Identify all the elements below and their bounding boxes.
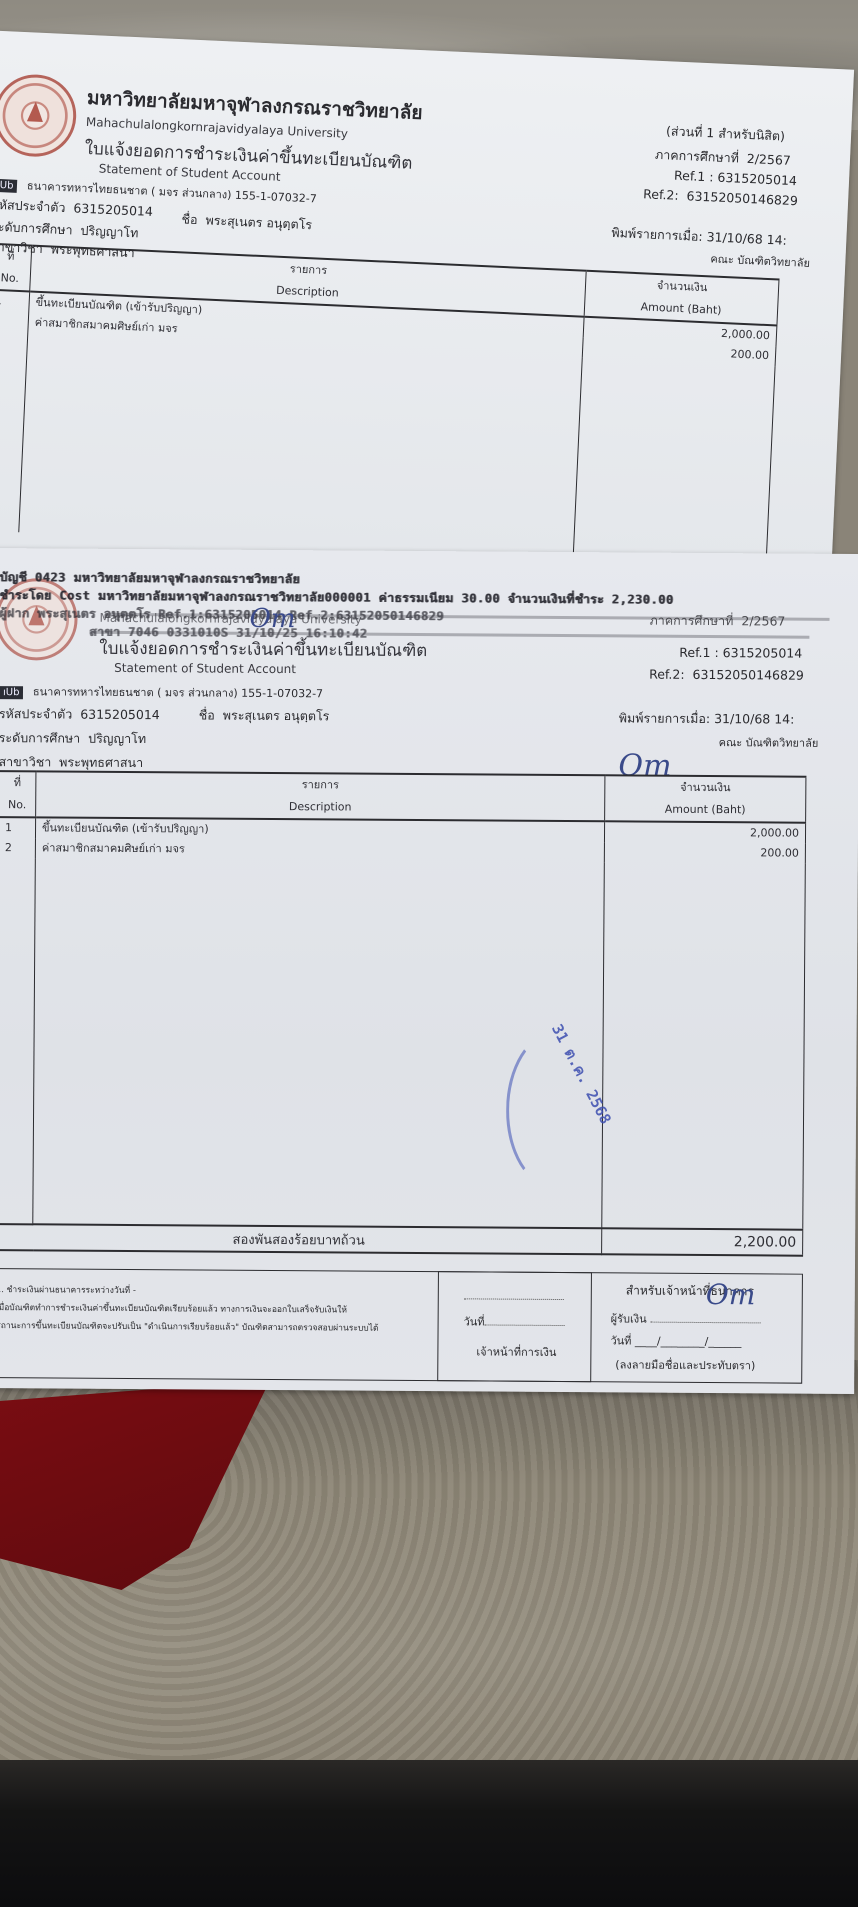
total-amount: 2,200.00 (602, 1228, 803, 1255)
ref1-label: Ref.1 : (674, 168, 714, 185)
ref1-line: Ref.1 : 6315205014 (679, 645, 802, 661)
semester-line: ภาคการศึกษาที่ 2/2567 (649, 611, 785, 632)
items-table: ที่ No. รายการ Description จำนวนเงิน Amo… (0, 243, 780, 567)
level-value: ปริญญาโท (80, 223, 139, 241)
ref2-value: 63152050146829 (686, 188, 798, 208)
printed-line: พิมพ์รายการเมื่อ: 31/10/68 14: (619, 708, 795, 729)
doc-title-en: Statement of Student Account (114, 661, 296, 676)
col-no-header: ที่ No. (0, 771, 36, 817)
total-row: สองพันสองร้อยบาทถ้วน 2,200.00 (0, 1224, 803, 1256)
student-name-line: ชื่อ พระสุเนตร อนุตฺตโร (181, 209, 312, 235)
semester-value: 2/2567 (741, 613, 785, 628)
part-label: (ส่วนที่ 1 สำหรับนิสิต) (666, 121, 786, 146)
receiver-line: ผู้รับเงิน (611, 1309, 761, 1328)
faculty: คณะ บัณฑิตวิทยาลัย (719, 733, 819, 752)
ref2-label: Ref.2: (649, 667, 685, 682)
semester-value: 2/2567 (747, 151, 792, 168)
bank-account-line: ıUb ธนาคารทหารไทยธนชาต ( มจร ส่วนกลาง) 1… (0, 682, 323, 702)
major-value: พระพุทธศาสนา (59, 754, 143, 770)
ref2-label: Ref.2: (643, 186, 679, 203)
items-table: ที่ No. รายการ Description จำนวนเงิน Amo… (0, 770, 806, 1257)
signature-line (464, 1298, 564, 1300)
doc-title-th: ใบแจ้งยอดการชำระเงินค่าขึ้นทะเบียนบัณฑิต (99, 635, 427, 664)
printed-line: พิมพ์รายการเมื่อ: 31/10/68 14: (611, 223, 787, 251)
cashier-officer-label: เจ้าหน้าที่การเงิน (476, 1342, 556, 1361)
level-label: ระดับการศึกษา (0, 219, 73, 238)
student-id: 6315205014 (73, 200, 153, 219)
major-label: สาขาวิชา (0, 754, 51, 769)
receiver-label: ผู้รับเงิน (611, 1312, 647, 1325)
semester-label: ภาคการศึกษาที่ (655, 147, 740, 166)
university-seal-icon (0, 73, 78, 159)
student-id-line: รหัสประจำตัว 6315205014 (0, 704, 160, 725)
row-no: 1 (0, 290, 30, 313)
col-desc-en: Description (42, 794, 598, 820)
col-amount-th: จำนวนเงิน (611, 776, 799, 799)
row-no: 2 (0, 838, 35, 858)
bank-date-line: วันที่ ____/________/______ (610, 1331, 741, 1350)
bank-account: ธนาคารทหารไทยธนชาต ( มจร ส่วนกลาง) 155-1… (33, 685, 323, 700)
sign-and-stamp-note: (ลงลายมือชื่อและประทับตรา) (615, 1355, 755, 1374)
education-level-line: ระดับการศึกษา ปริญญาโท (0, 728, 146, 749)
ref2-line: Ref.2: 63152050146829 (649, 667, 804, 683)
handwritten-signature: Om (249, 604, 295, 634)
col-amount-en: Amount (Baht) (611, 798, 799, 821)
col-no-th: ที่ (5, 772, 29, 794)
statement-sheet-copy-1: มหาวิทยาลัยมหาจุฬาลงกรณราชวิทยาลัย Mahac… (0, 30, 854, 629)
bank-date-slots: ____/________/______ (635, 1335, 742, 1349)
cashier-date-label: วันที่ (464, 1315, 485, 1328)
total-in-words: สองพันสองร้อยบาทถ้วน (0, 1224, 602, 1254)
name-label: ชื่อ (181, 211, 198, 227)
student-name: พระสุเนตร อนุตฺตโร (205, 212, 312, 232)
printed-at: 31/10/68 14: (714, 711, 794, 727)
row-description: ค่าสมาชิกสมาคมศิษย์เก่า มจร (35, 838, 604, 862)
col-no-en: No. (5, 794, 29, 816)
statement-sheet-copy-2: บัญชี 0423 มหาวิทยาลัยมหาจุฬาลงกรณราชวิท… (0, 548, 858, 1394)
student-id-label: รหัสประจำตัว (0, 706, 72, 722)
faculty: คณะ บัณฑิตวิทยาลัย (710, 249, 810, 272)
ref2-line: Ref.2: 63152050146829 (643, 186, 798, 208)
student-name-line: ชื่อ พระสุเนตร อนุตฺตโร (199, 705, 330, 726)
student-id: 6315205014 (80, 707, 160, 723)
col-desc-header: รายการ Description (36, 771, 605, 821)
student-id-label: รหัสประจำตัว (0, 197, 66, 215)
col-no-header: ที่ No. (0, 244, 32, 292)
bank-logo-icon: ıUb (0, 686, 23, 699)
student-name: พระสุเนตร อนุตฺตโร (223, 708, 330, 724)
row-no: 2 (0, 311, 29, 333)
row-no: 1 (0, 817, 36, 838)
ref1-value: 6315205014 (717, 170, 797, 189)
col-no-en: No. (0, 267, 24, 290)
printed-at: 31/10/68 14: (706, 229, 787, 248)
handwritten-signature: Om (706, 1278, 756, 1311)
bank-date-label: วันที่ (610, 1334, 631, 1347)
level-label: ระดับการศึกษา (0, 730, 80, 746)
ref2-value: 63152050146829 (692, 667, 803, 683)
level-value: ปริญญาโท (88, 731, 146, 746)
ref1-value: 6315205014 (723, 645, 803, 661)
col-amount-header: จำนวนเงิน Amount (Baht) (605, 775, 806, 822)
footer-section: 1. ชำระเงินผ่านธนาคารระหว่างวันที่ - เมื… (0, 1268, 803, 1384)
name-label: ชื่อ (199, 707, 215, 722)
col-no-th: ที่ (0, 245, 25, 268)
dark-floor (0, 1760, 858, 1907)
note-line: สถานะการขึ้นทะเบียนบัณฑิตจะปรับเป็น "ดำเ… (0, 1317, 379, 1338)
payment-notes: 1. ชำระเงินผ่านธนาคารระหว่างวันที่ - เมื… (0, 1281, 379, 1338)
cashier-box: วันที่ เจ้าหน้าที่การเงิน (437, 1271, 592, 1382)
bank-logo-icon: ıUb (0, 179, 18, 193)
row-amount: 2,000.00 (604, 821, 805, 843)
cashier-date-line: วันที่ (464, 1312, 565, 1331)
row-amount: 200.00 (604, 842, 805, 863)
ref1-line: Ref.1 : 6315205014 (674, 168, 797, 189)
printed-label: พิมพ์รายการเมื่อ: (611, 225, 703, 244)
ref1-label: Ref.1 : (679, 645, 719, 660)
university-name-en: Mahachulalongkornrajavidyalaya Universit… (99, 611, 361, 627)
printed-label: พิมพ์รายการเมื่อ: (619, 710, 710, 726)
semester-label: ภาคการศึกษาที่ (649, 613, 733, 629)
